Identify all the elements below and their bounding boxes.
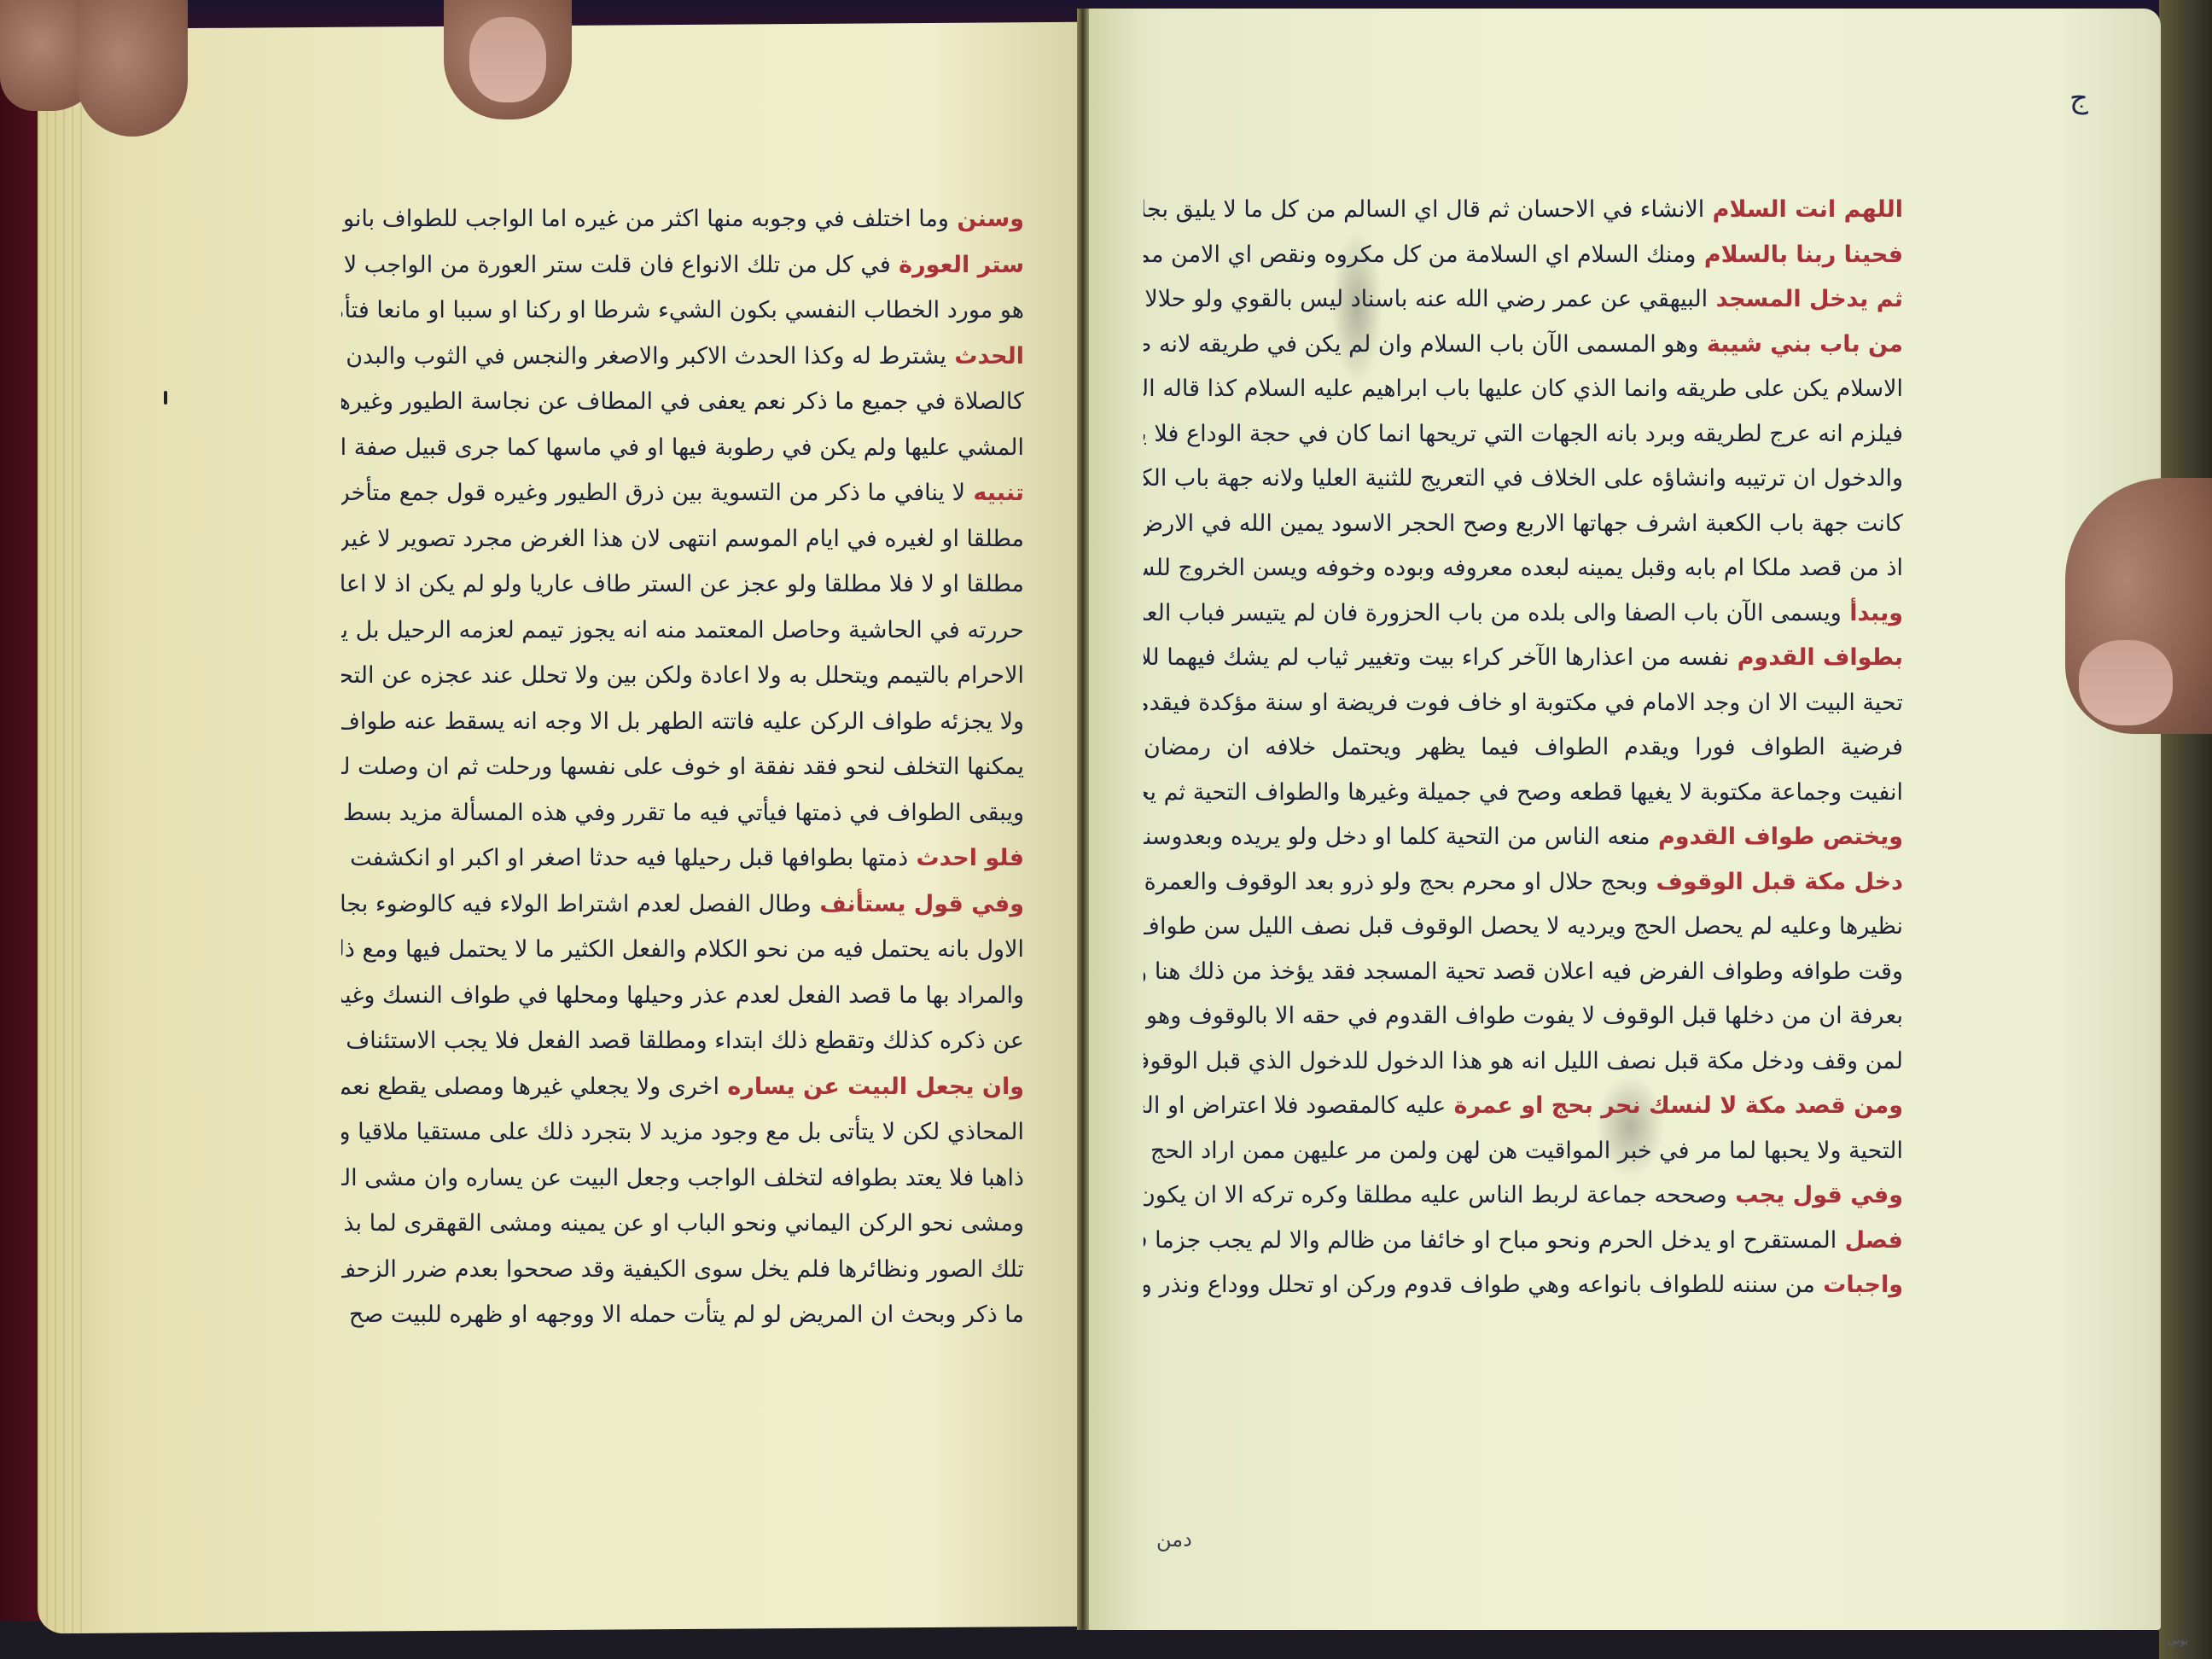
line-text: ويبقى الطواف في ذمتها فيأتي فيه ما تقرر … <box>341 800 1024 826</box>
line-text: الانشاء في الاحسان ثم قال اي السالم من ك… <box>1144 196 1704 223</box>
manuscript-line: مطلقا او لا فلا مطلقا ولو عجز عن الستر ط… <box>341 562 1024 608</box>
book-gutter <box>1077 9 1089 1630</box>
manuscript-line: بعرفة ان من دخلها قبل الوقوف لا يفوت طوا… <box>1144 994 1903 1039</box>
line-text: هو مورد الخطاب النفسي بكون الشيء شرطا او… <box>341 297 1024 323</box>
rubric-heading: وسنن <box>949 206 1024 232</box>
line-text: منعه الناس من التحية كلما او دخل ولو يري… <box>1144 824 1650 850</box>
rubric-heading: واجبات <box>1815 1272 1903 1298</box>
line-text: اخرى ولا يجعلي غيرها ومصلى يقطع نعم لا ي… <box>341 1074 719 1100</box>
line-text: تلك الصور ونظائرها فلم يخل سوى الكيفية و… <box>341 1256 1024 1283</box>
manuscript-line: اللهم انت السلام الانشاء في الاحسان ثم ق… <box>1144 188 1903 233</box>
line-text: لمن وقف ودخل مكة قبل نصف الليل انه هو هذ… <box>1144 1048 1903 1074</box>
thumbnail-right <box>2079 640 2173 725</box>
book-edge-right <box>2159 0 2212 1659</box>
left-page-text: وسنن وما اختلف في وجوبه منها اكثر من غير… <box>341 196 1024 1338</box>
line-text: ومشى نحو الركن اليماني ونحو الباب او عن … <box>341 1210 1024 1237</box>
line-text: فيلزم انه عرج لطريقه وبرد بانه الجهات ال… <box>1144 421 1903 447</box>
line-text: وطال الفصل لعدم اشتراط الولاء فيه كالوضو… <box>341 891 812 917</box>
manuscript-line: ويختص طواف القدوم منعه الناس من التحية ك… <box>1144 815 1903 860</box>
line-text: يمكنها التخلف لنحو فقد نفقة او خوف على ن… <box>341 754 1024 780</box>
manuscript-line: ومن قصد مكة لا لنسك نحر بحج او عمرة عليه… <box>1144 1084 1903 1129</box>
line-text: وصححه جماعة لربط الناس عليه مطلقا وكره ت… <box>1144 1182 1727 1208</box>
manuscript-line: فرضية الطواف فورا ويقدم الطواف فيما يظهر… <box>1144 725 1903 771</box>
line-text: ذاهبا فلا يعتد بطوافه لتخلف الواجب وجعل … <box>341 1165 1024 1191</box>
rubric-heading: بطواف القدوم <box>1729 644 1903 671</box>
manuscript-line: الاول بانه يحتمل فيه من نحو الكلام والفع… <box>341 927 1024 973</box>
manuscript-line: وقت طوافه وطواف الفرض فيه اعلان قصد تحية… <box>1144 950 1903 995</box>
line-text: يشترط له وكذا الحدث الاكبر والاصغر والنج… <box>341 343 946 370</box>
margin-mark <box>164 391 167 405</box>
manuscript-line: حررته في الحاشية وحاصل المعتمد منه انه ي… <box>341 608 1024 654</box>
line-text: فرضية الطواف فورا ويقدم الطواف فيما يظهر… <box>1144 734 1903 760</box>
line-text: اذ من قصد ملكا ام بابه وقبل يمينه لبعده … <box>1144 555 1903 581</box>
thumb-right <box>2065 478 2212 734</box>
manuscript-line: الاسلام يكن على طريقه وانما الذي كان علي… <box>1144 367 1903 412</box>
manuscript-line: دخل مكة قبل الوقوف وبحج حلال او محرم بحج… <box>1144 860 1903 905</box>
line-text: حررته في الحاشية وحاصل المعتمد منه انه ي… <box>341 617 1024 643</box>
manuscript-line: والدخول ان ترتيبه وانشاؤه على الخلاف في … <box>1144 457 1903 502</box>
rubric-heading: ويبدأ <box>1842 600 1903 626</box>
line-text: وهو المسمى الآن باب السلام وان لم يكن في… <box>1144 331 1699 358</box>
line-text: نظيرها وعليه لم يحصل الحج ويرديه لا يحصل… <box>1144 913 1903 940</box>
manuscript-line: ومشى نحو الركن اليماني ونحو الباب او عن … <box>341 1201 1024 1247</box>
manuscript-line: عن ذكره كذلك وتقطع ذلك ابتداء ومطلقا قصد… <box>341 1018 1024 1064</box>
line-text: لا ينافي ما ذكر من التسوية بين ذرق الطيو… <box>341 480 965 506</box>
manuscript-line: الحدث يشترط له وكذا الحدث الاكبر والاصغر… <box>341 334 1024 380</box>
line-text: تحية البيت الا ان وجد الامام في مكتوبة ا… <box>1144 690 1903 716</box>
manuscript-line: تنبيه لا ينافي ما ذكر من التسوية بين ذرق… <box>341 470 1024 516</box>
folio-number: ج <box>2069 81 2088 115</box>
manuscript-line: ويبقى الطواف في ذمتها فيأتي فيه ما تقرر … <box>341 790 1024 836</box>
line-text: مطلقا او لغيره في ايام الموسم انتهى لان … <box>341 526 1024 552</box>
manuscript-line: فلو احدث ذمتها بطوافها قبل رحيلها فيه حد… <box>341 835 1024 882</box>
manuscript-line: وسنن وما اختلف في وجوبه منها اكثر من غير… <box>341 196 1024 242</box>
line-text: الاحرام بالتيمم ويتحلل به ولا اعادة ولكن… <box>341 662 1024 689</box>
manuscript-line: انفيت وجماعة مكتوبة لا يغيها قطعه وصح في… <box>1144 771 1903 816</box>
manuscript-line: هو مورد الخطاب النفسي بكون الشيء شرطا او… <box>341 288 1024 334</box>
line-text: التحية ولا يحبها لما مر في خبر المواقيت … <box>1144 1138 1903 1164</box>
manuscript-line: وفي قول يستأنف وطال الفصل لعدم اشتراط ال… <box>341 882 1024 928</box>
line-text: المستقرح او يدخل الحرم ونحو مباح او خائف… <box>1144 1227 1837 1254</box>
manuscript-line: وفي قول يجب وصححه جماعة لربط الناس عليه … <box>1144 1173 1903 1219</box>
thumbnail <box>469 17 546 102</box>
thumb-top <box>444 0 572 119</box>
manuscript-line: والمراد بها ما قصد الفعل لعدم عذر وحيلها… <box>341 973 1024 1019</box>
line-text: في كل من تلك الانواع فان قلت ستر العورة … <box>341 252 891 278</box>
line-text: والمراد بها ما قصد الفعل لعدم عذر وحيلها… <box>341 982 1024 1009</box>
manuscript-line: فصل المستقرح او يدخل الحرم ونحو مباح او … <box>1144 1219 1903 1264</box>
manuscript-line: بطواف القدوم نفسه من اعذارها الآخر كراء … <box>1144 636 1903 681</box>
manuscript-line: التحية ولا يحبها لما مر في خبر المواقيت … <box>1144 1129 1903 1174</box>
line-text: المشي عليها ولم يكن في رطوبة فيها او في … <box>341 434 1024 461</box>
line-text: مطلقا او لا فلا مطلقا ولو عجز عن الستر ط… <box>341 571 1024 597</box>
line-text: وما اختلف في وجوبه منها اكثر من غيره اما… <box>341 206 949 232</box>
rubric-heading: ستر العورة <box>891 252 1024 278</box>
line-text: والدخول ان ترتيبه وانشاؤه على الخلاف في … <box>1144 465 1903 492</box>
rubric-heading: وفي قول يجب <box>1727 1182 1903 1208</box>
manuscript-line: ثم يدخل المسجد البيهقي عن عمر رضي الله ع… <box>1144 277 1903 323</box>
manuscript-line: فيلزم انه عرج لطريقه وبرد بانه الجهات ال… <box>1144 412 1903 457</box>
rubric-heading: دخل مكة قبل الوقوف <box>1648 869 1903 895</box>
rubric-heading: من باب بني شيبة <box>1699 331 1903 358</box>
manuscript-line: ويبدأ ويسمى الآن باب الصفا والى بلده من … <box>1144 591 1903 637</box>
manuscript-line: الاحرام بالتيمم ويتحلل به ولا اعادة ولكن… <box>341 653 1024 699</box>
line-text: المحاذي لكن لا يتأتى بل مع وجود مزيد لا … <box>341 1119 1024 1145</box>
rubric-heading: فصل <box>1837 1227 1903 1254</box>
manuscript-line: تحية البيت الا ان وجد الامام في مكتوبة ا… <box>1144 681 1903 726</box>
line-text: من سننه للطواف بانواعه وهي طواف قدوم ورك… <box>1144 1272 1815 1298</box>
line-text: ذمتها بطوافها قبل رحيلها فيه حدثا اصغر ا… <box>341 845 908 871</box>
manuscript-line: نظيرها وعليه لم يحصل الحج ويرديه لا يحصل… <box>1144 905 1903 950</box>
line-text: عليه كالمقصود فلا اعتراض او الحرم له ولو… <box>1144 1092 1446 1119</box>
manuscript-line: المحاذي لكن لا يتأتى بل مع وجود مزيد لا … <box>341 1109 1024 1155</box>
line-text: وبحج حلال او محرم بحج ولو ذرو بعد الوقوف… <box>1144 869 1648 895</box>
right-page-text: اللهم انت السلام الانشاء في الاحسان ثم ق… <box>1144 188 1903 1308</box>
line-text: انفيت وجماعة مكتوبة لا يغيها قطعه وصح في… <box>1144 779 1903 806</box>
manuscript-line: لمن وقف ودخل مكة قبل نصف الليل انه هو هذ… <box>1144 1039 1903 1085</box>
manuscript-line: من باب بني شيبة وهو المسمى الآن باب السل… <box>1144 323 1903 368</box>
manuscript-line: تلك الصور ونظائرها فلم يخل سوى الكيفية و… <box>341 1247 1024 1293</box>
rubric-heading: وان يجعل البيت عن يساره <box>719 1074 1024 1100</box>
line-text: ما ذكر وبحث ان المريض لو لم يتأت حمله ال… <box>341 1301 1024 1328</box>
manuscript-line: وان يجعل البيت عن يساره اخرى ولا يجعلي غ… <box>341 1064 1024 1110</box>
manuscript-line: مطلقا او لغيره في ايام الموسم انتهى لان … <box>341 516 1024 562</box>
manuscript-line: ستر العورة في كل من تلك الانواع فان قلت … <box>341 242 1024 288</box>
line-text: الاسلام يكن على طريقه وانما الذي كان علي… <box>1144 375 1903 402</box>
manuscript-line: كالصلاة في جميع ما ذكر نعم يعفى في المطا… <box>341 379 1024 425</box>
rubric-heading: ويختص طواف القدوم <box>1650 824 1903 850</box>
manuscript-line: يمكنها التخلف لنحو فقد نفقة او خوف على ن… <box>341 744 1024 790</box>
rubric-heading: ومن قصد مكة لا لنسك نحر بحج او عمرة <box>1446 1092 1903 1119</box>
manuscript-line: ما ذكر وبحث ان المريض لو لم يتأت حمله ال… <box>341 1292 1024 1338</box>
manuscript-line: المشي عليها ولم يكن في رطوبة فيها او في … <box>341 425 1024 471</box>
line-text: كانت جهة باب الكعبة اشرف جهاتها الاربع و… <box>1144 510 1903 537</box>
manuscript-line: اذ من قصد ملكا ام بابه وقبل يمينه لبعده … <box>1144 546 1903 591</box>
line-text: ولا يجزئه طواف الركن عليه فاتته الطهر بل… <box>341 708 1024 735</box>
line-text: كالصلاة في جميع ما ذكر نعم يعفى في المطا… <box>341 388 1024 415</box>
line-text: نفسه من اعذارها الآخر كراء بيت وتغيير ثي… <box>1144 644 1729 671</box>
rubric-heading: ثم يدخل المسجد <box>1708 286 1903 312</box>
rubric-heading: اللهم انت السلام <box>1704 196 1903 223</box>
line-text: ويسمى الآن باب الصفا والى بلده من باب ال… <box>1144 600 1842 626</box>
rubric-heading: وفي قول يستأنف <box>812 891 1024 917</box>
line-text: الاول بانه يحتمل فيه من نحو الكلام والفع… <box>341 936 1024 963</box>
manuscript-line: واجبات من سننه للطواف بانواعه وهي طواف ق… <box>1144 1263 1903 1308</box>
rubric-heading: فلو احدث <box>908 845 1024 871</box>
manuscript-line: كانت جهة باب الكعبة اشرف جهاتها الاربع و… <box>1144 502 1903 547</box>
catchword: دمن <box>1156 1528 1192 1551</box>
line-text: ومنك السلام اي السلامة من كل مكروه ونقص … <box>1144 242 1696 268</box>
finger-left <box>77 0 188 137</box>
rubric-heading: فحينا ربنا بالسلام <box>1696 242 1903 268</box>
manuscript-line: ذاهبا فلا يعتد بطوافه لتخلف الواجب وجعل … <box>341 1155 1024 1202</box>
manuscript-line: فحينا ربنا بالسلام ومنك السلام اي السلام… <box>1144 233 1903 278</box>
line-text: بعرفة ان من دخلها قبل الوقوف لا يفوت طوا… <box>1144 1003 1903 1029</box>
line-text: البيهقي عن عمر رضي الله عنه باسناد ليس ب… <box>1144 286 1708 312</box>
line-text: وقت طوافه وطواف الفرض فيه اعلان قصد تحية… <box>1144 958 1903 985</box>
spine-label: بوس <box>2168 1634 2188 1646</box>
rubric-heading: تنبيه <box>965 480 1024 506</box>
rubric-heading: الحدث <box>946 343 1024 370</box>
manuscript-line: ولا يجزئه طواف الركن عليه فاتته الطهر بل… <box>341 699 1024 745</box>
line-text: عن ذكره كذلك وتقطع ذلك ابتداء ومطلقا قصد… <box>341 1027 1024 1054</box>
